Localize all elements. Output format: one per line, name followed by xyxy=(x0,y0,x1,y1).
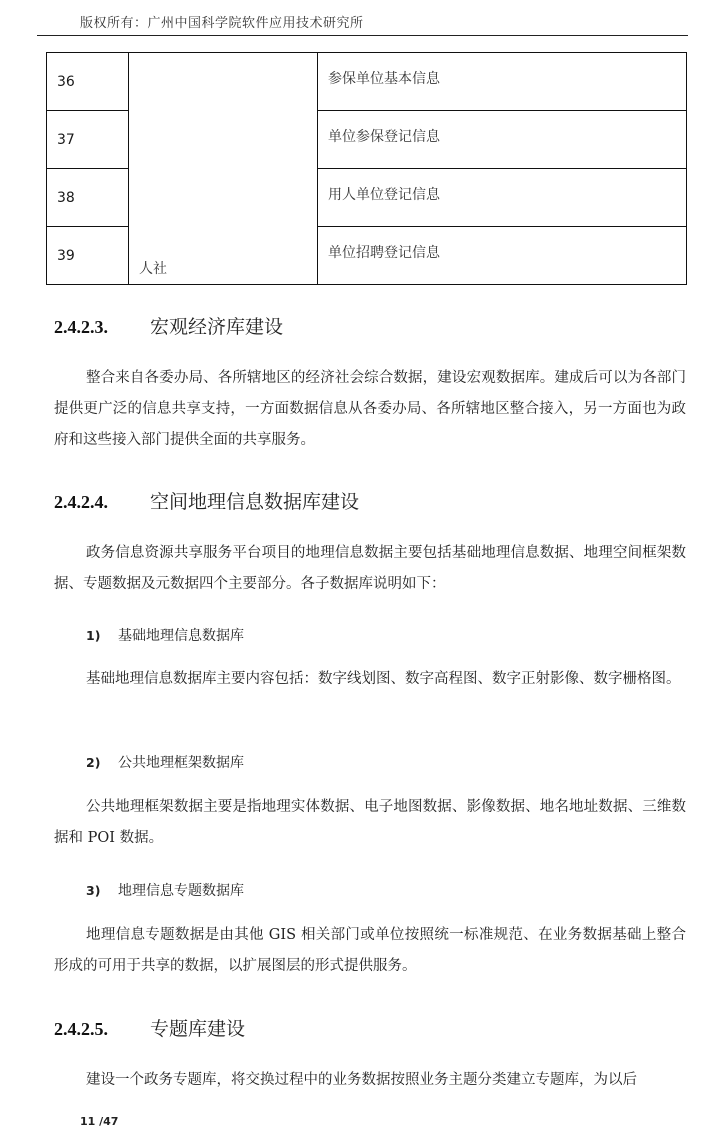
department-cell: 人社 xyxy=(129,53,318,285)
section-title: 宏观经济库建设 xyxy=(150,316,283,338)
section-heading: 2.4.2.5.专题库建设 xyxy=(54,1014,245,1041)
list-number: 1) xyxy=(86,628,118,643)
list-title: 地理信息专题数据库 xyxy=(118,883,244,899)
list-item-heading: 3)地理信息专题数据库 xyxy=(86,880,244,900)
list-title: 公共地理框架数据库 xyxy=(118,755,244,771)
row-number: 36 xyxy=(47,53,129,111)
item-cell: 参保单位基本信息 xyxy=(318,53,687,111)
section-title: 空间地理信息数据库建设 xyxy=(150,491,359,513)
section-paragraph: 政务信息资源共享服务平台项目的地理信息数据主要包括基础地理信息数据、地理空间框架… xyxy=(54,538,686,600)
section-heading: 2.4.2.3.宏观经济库建设 xyxy=(54,312,283,339)
section-number: 2.4.2.4. xyxy=(54,492,150,513)
item-label: 单位参保登记信息 xyxy=(328,129,440,145)
section-paragraph: 建设一个政务专题库，将交换过程中的业务数据按照业务主题分类建立专题库，为以后 xyxy=(54,1065,686,1096)
list-item-heading: 2)公共地理框架数据库 xyxy=(86,752,244,772)
section-title: 专题库建设 xyxy=(150,1018,245,1040)
data-table: 36 人社 参保单位基本信息 37 单位参保登记信息 38 用人单位登记信息 3… xyxy=(46,52,687,285)
item-cell: 用人单位登记信息 xyxy=(318,169,687,227)
table-row: 36 人社 参保单位基本信息 xyxy=(47,53,687,111)
list-number: 3) xyxy=(86,883,118,898)
row-number: 37 xyxy=(47,111,129,169)
page-header: 版权所有：广州中国科学院软件应用技术研究所 xyxy=(80,12,364,31)
section-paragraph: 整合来自各委办局、各所辖地区的经济社会综合数据，建设宏观数据库。建成后可以为各部… xyxy=(54,363,686,456)
item-cell: 单位招聘登记信息 xyxy=(318,227,687,285)
list-title: 基础地理信息数据库 xyxy=(118,628,244,644)
list-number: 2) xyxy=(86,755,118,770)
list-item-heading: 1)基础地理信息数据库 xyxy=(86,625,244,645)
section-number: 2.4.2.3. xyxy=(54,317,150,338)
section-number: 2.4.2.5. xyxy=(54,1019,150,1040)
row-number: 38 xyxy=(47,169,129,227)
list-item-paragraph: 基础地理信息数据库主要内容包括：数字线划图、数字高程图、数字正射影像、数字栅格图… xyxy=(54,664,686,695)
page-number: 11 /47 xyxy=(80,1115,118,1128)
item-label: 用人单位登记信息 xyxy=(328,187,440,203)
item-cell: 单位参保登记信息 xyxy=(318,111,687,169)
list-item-paragraph: 地理信息专题数据是由其他 GIS 相关部门或单位按照统一标准规范、在业务数据基础… xyxy=(54,920,686,982)
item-label: 单位招聘登记信息 xyxy=(328,245,440,261)
row-number: 39 xyxy=(47,227,129,285)
item-label: 参保单位基本信息 xyxy=(328,71,440,87)
header-divider xyxy=(37,35,688,36)
section-heading: 2.4.2.4.空间地理信息数据库建设 xyxy=(54,487,359,514)
list-item-paragraph: 公共地理框架数据主要是指地理实体数据、电子地图数据、影像数据、地名地址数据、三维… xyxy=(54,792,686,854)
